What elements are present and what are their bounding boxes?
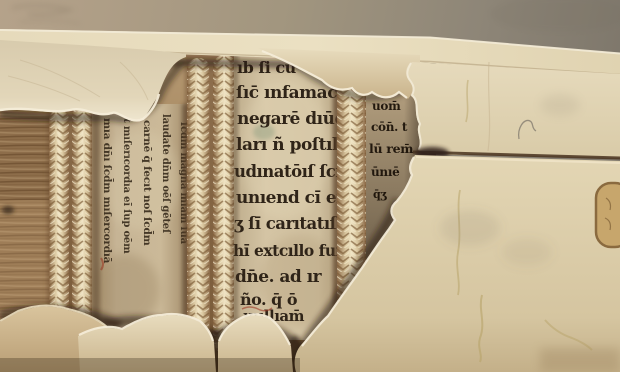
manuscript-line: ſıc̄ ınfamac̄: [236, 83, 337, 103]
cover-piece-upper-right: [406, 62, 620, 158]
shelf-label: [596, 183, 620, 247]
manuscript-line: ʒ ſı̄ carıtatıſ: [234, 214, 338, 233]
manuscript-line: et mıſerıcordıa eı̄ ſup oēm: [121, 112, 132, 254]
smudge: [540, 94, 580, 116]
book-photo: mıa dn̄ı ſcd̄m mıſercordıā et mıſerıcord…: [0, 0, 620, 372]
manuscript-line: hı̄ extcıllo fuıt: [233, 241, 349, 260]
manuscript-line: udınatōıſ ſcr: [234, 162, 344, 181]
manuscript-strip-rotated: mıa dn̄ı ſcd̄m mıſercordıā et mıſerıcord…: [90, 104, 191, 340]
manuscript-line: unıend cı̄ er: [236, 188, 346, 208]
manuscript-line: dn̄e. ad ır: [235, 267, 323, 287]
photo-stage: mıa dn̄ı ſcd̄m mıſercordıā et mıſerıcord…: [0, 0, 620, 372]
manuscript-line: ları ñ poſtıl: [236, 135, 339, 155]
manuscript-line: carnē q̄ fecıt noſ ſcd̄m: [141, 120, 155, 246]
corner-shading: [540, 348, 620, 372]
manuscript-line: mıa dn̄ı ſcd̄m mıſercordıā: [101, 118, 115, 264]
bottom-shading: [0, 358, 300, 372]
sewing-cord-band-b: [185, 54, 240, 354]
manuscript-line: laudate dn̄m oēſ gēteſ: [160, 114, 171, 234]
